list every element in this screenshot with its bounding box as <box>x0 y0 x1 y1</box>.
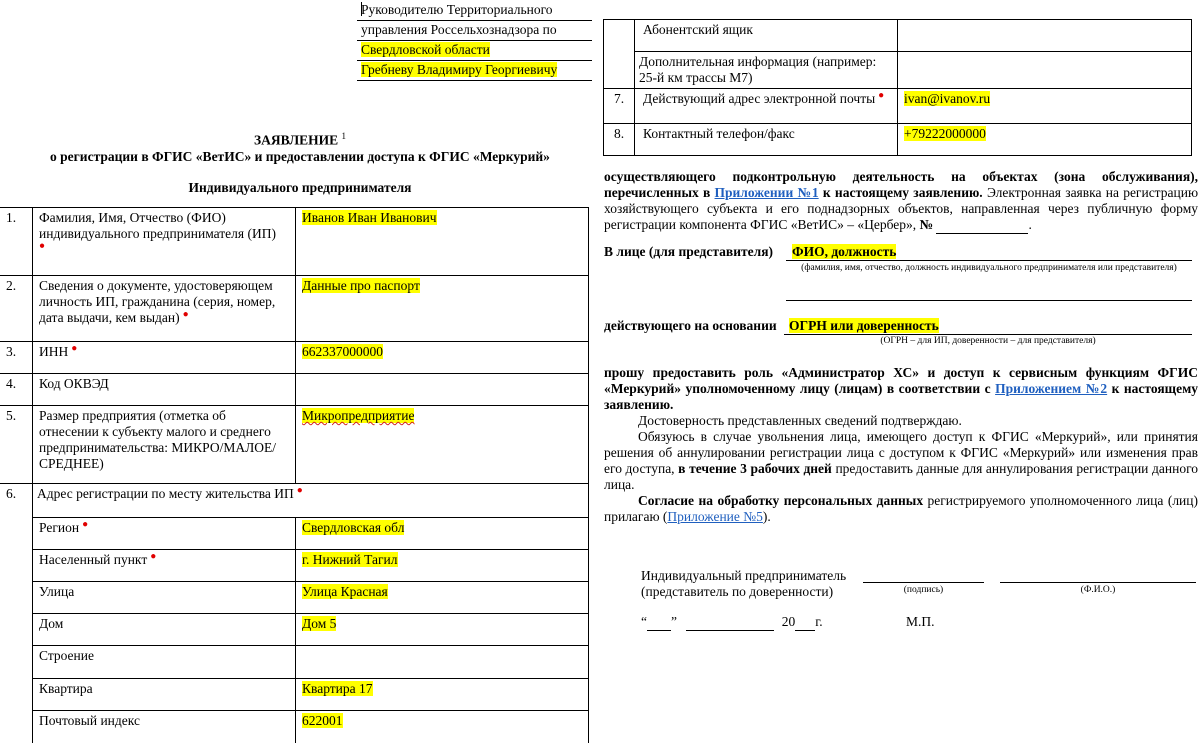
row-number: 5. <box>0 406 33 484</box>
table-row: 4. Код ОКВЭД <box>0 374 589 406</box>
address-field-label: Регион● <box>33 518 296 550</box>
row-number: 8. <box>604 124 635 156</box>
applicant-type: Индивидуального предпринимателя <box>0 180 600 196</box>
representative-section: В лице (для представителя) ФИО, должност… <box>604 244 1192 260</box>
row-number: 2. <box>0 276 33 342</box>
year-field[interactable] <box>795 614 815 631</box>
table-row: 1. Фамилия, Имя, Отчество (ФИО) индивиду… <box>0 208 589 276</box>
row-label: ИНН● <box>33 342 296 374</box>
required-marker-icon: ● <box>82 519 88 530</box>
table-row: 8. Контактный телефон/факс +79222000000 <box>604 124 1192 156</box>
row-value-field[interactable]: +79222000000 <box>898 124 1192 156</box>
representative-extra-line[interactable] <box>786 300 1192 301</box>
address-field-label: Улица <box>33 582 296 614</box>
request-number-field[interactable] <box>936 217 1028 234</box>
address-field-value[interactable]: 622001 <box>296 711 589 743</box>
address-field-label: Населенный пункт● <box>33 550 296 582</box>
required-marker-icon: ● <box>297 485 303 496</box>
basis-field[interactable]: ОГРН или доверенность <box>784 318 1192 335</box>
row-label: Контактный телефон/факс <box>635 124 898 156</box>
address-row: Строение <box>0 646 589 679</box>
row-value-field[interactable]: ivan@ivanov.ru <box>898 89 1192 124</box>
appendix-2-link[interactable]: Приложением №2 <box>995 381 1107 396</box>
row-value-field[interactable] <box>296 374 589 406</box>
document-title: ЗАЯВЛЕНИЕ 1 о регистрации в ФГИС «ВетИС»… <box>0 128 600 196</box>
basis-caption: (ОГРН – для ИП, доверенности – для предс… <box>784 335 1192 347</box>
required-marker-icon: ● <box>39 241 45 252</box>
address-field-value[interactable] <box>898 20 1192 52</box>
table-row: 7. Действующий адрес электронной почты● … <box>604 89 1192 124</box>
title-subtitle: о регистрации в ФГИС «ВетИС» и предостав… <box>0 149 600 165</box>
month-field[interactable] <box>686 614 774 631</box>
row-number: 6. <box>0 484 33 743</box>
address-field-value[interactable] <box>898 52 1192 89</box>
row-label: Размер предприятия (отметка об отнесении… <box>33 406 296 484</box>
table-row: 5. Размер предприятия (отметка об отнесе… <box>0 406 589 484</box>
representative-caption: (фамилия, имя, отчество, должность индив… <box>786 262 1192 274</box>
date-line: “ ” 20 г. М.П. <box>641 614 935 631</box>
address-row: Дополнительная информация (например: 25-… <box>604 52 1192 89</box>
table-row: 2. Сведения о документе, удостоверяющем … <box>0 276 589 342</box>
address-field-label: Квартира <box>33 679 296 711</box>
day-field[interactable] <box>647 614 671 631</box>
address-row: Улица Улица Красная <box>0 582 589 614</box>
address-row: Квартира Квартира 17 <box>0 679 589 711</box>
footnote-mark[interactable]: 1 <box>342 131 347 141</box>
row-label: Код ОКВЭД <box>33 374 296 406</box>
applicant-info-table: 1. Фамилия, Имя, Отчество (ФИО) индивиду… <box>0 207 589 743</box>
address-field-value[interactable]: Квартира 17 <box>296 679 589 711</box>
address-header-row: 6. Адрес регистрации по месту жительства… <box>0 484 589 518</box>
row-number: 1. <box>0 208 33 276</box>
full-name-field[interactable] <box>1000 566 1196 583</box>
address-section-label: Адрес регистрации по месту жительства ИП… <box>33 484 589 518</box>
request-paragraphs: прошу предоставить роль «Администратор Х… <box>604 365 1198 525</box>
required-marker-icon: ● <box>71 343 77 354</box>
full-name-caption: (Ф.И.О.) <box>1000 584 1196 596</box>
contact-info-table: Абонентский ящик Дополнительная информац… <box>603 19 1192 156</box>
address-field-label: Дополнительная информация (например: 25-… <box>635 52 898 89</box>
paragraph-facilities: осуществляющего подконтрольную деятельно… <box>604 169 1198 234</box>
table-row: 3. ИНН● 662337000000 <box>0 342 589 374</box>
required-marker-icon: ● <box>150 551 156 562</box>
addressee-line[interactable]: Свердловской области <box>357 41 592 61</box>
addressee-line[interactable]: Гребневу Владимиру Георгиевичу <box>357 61 592 81</box>
appendix-5-link[interactable]: Приложение №5 <box>667 509 762 524</box>
address-field-value[interactable]: Улица Красная <box>296 582 589 614</box>
required-marker-icon: ● <box>183 309 189 320</box>
signer-label: Индивидуальный предприниматель (представ… <box>641 568 846 600</box>
representative-field[interactable]: ФИО, должность <box>786 244 1192 261</box>
title-heading: ЗАЯВЛЕНИЕ <box>254 133 338 148</box>
paragraph-consent: Согласие на обработку персональных данны… <box>604 493 1198 525</box>
addressee-line[interactable]: Руководителю Территориального <box>357 1 592 21</box>
address-row: Регион● Свердловская обл <box>0 518 589 550</box>
basis-section: действующего на основании ОГРН или довер… <box>604 318 1192 334</box>
address-row: Абонентский ящик <box>604 20 1192 52</box>
basis-label: действующего на основании <box>604 318 777 333</box>
addressee-block: Руководителю Территориального управления… <box>357 1 592 81</box>
address-field-value[interactable] <box>296 646 589 679</box>
row-label: Сведения о документе, удостоверяющем лич… <box>33 276 296 342</box>
row-value-field[interactable]: Микропредприятие <box>296 406 589 484</box>
signature-caption: (подпись) <box>863 584 984 596</box>
appendix-1-link[interactable]: Приложении №1 <box>715 185 819 200</box>
addressee-line[interactable]: управления Россельхознадзора по <box>357 21 592 41</box>
row-label: Фамилия, Имя, Отчество (ФИО) индивидуаль… <box>33 208 296 276</box>
address-field-value[interactable]: Дом 5 <box>296 614 589 646</box>
row-number: 3. <box>0 342 33 374</box>
row-number: 7. <box>604 89 635 124</box>
paragraph-request: прошу предоставить роль «Администратор Х… <box>604 365 1198 413</box>
required-marker-icon: ● <box>878 90 884 101</box>
representative-label: В лице (для представителя) <box>604 244 773 259</box>
address-field-label: Почтовый индекс <box>33 711 296 743</box>
address-row: Дом Дом 5 <box>0 614 589 646</box>
row-label: Действующий адрес электронной почты● <box>635 89 898 124</box>
address-row: Населенный пункт● г. Нижний Тагил <box>0 550 589 582</box>
address-field-value[interactable]: Свердловская обл <box>296 518 589 550</box>
stamp-place: М.П. <box>906 614 935 629</box>
address-field-label: Абонентский ящик <box>635 20 898 52</box>
address-field-label: Дом <box>33 614 296 646</box>
row-value-field[interactable]: Иванов Иван Иванович <box>296 208 589 276</box>
row-value-field[interactable]: 662337000000 <box>296 342 589 374</box>
address-row: Почтовый индекс 622001 <box>0 711 589 743</box>
row-number: 4. <box>0 374 33 406</box>
address-field-label: Строение <box>33 646 296 679</box>
row-number <box>604 20 635 89</box>
address-field-value[interactable]: г. Нижний Тагил <box>296 550 589 582</box>
signature-field[interactable] <box>863 566 984 583</box>
paragraph-confirm: Достоверность представленных сведений по… <box>604 413 1198 429</box>
paragraph-commitment: Обязуюсь в случае увольнения лица, имеющ… <box>604 429 1198 493</box>
row-value-field[interactable]: Данные про паспорт <box>296 276 589 342</box>
